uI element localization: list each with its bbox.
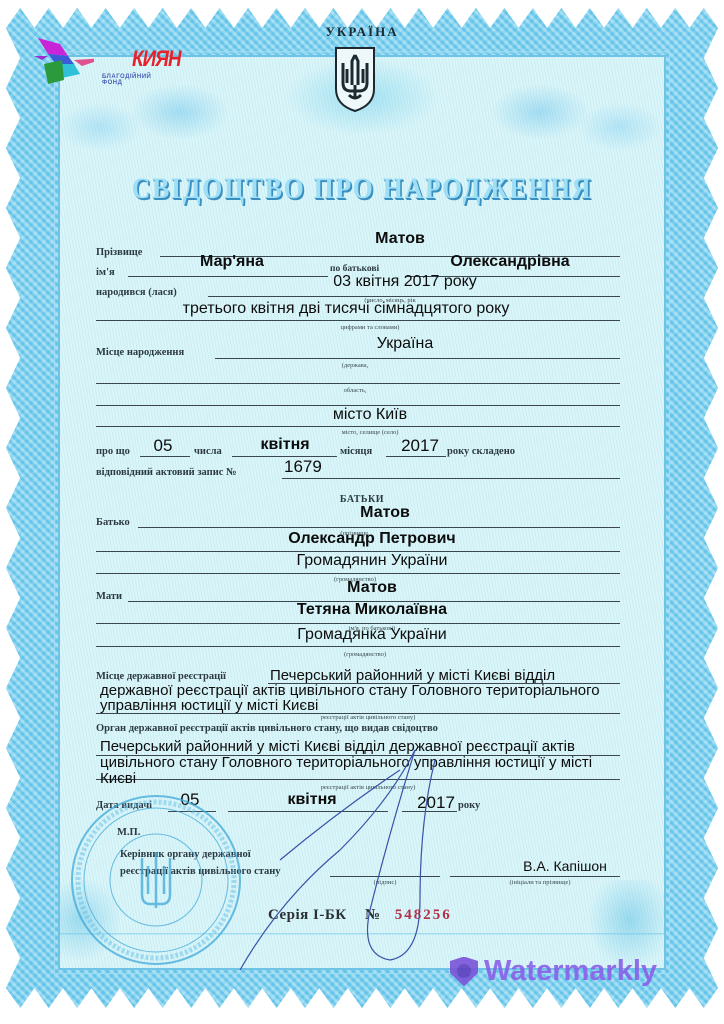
- kiyan-foundation-logo: КИЯН БЛАГОДІЙНИЙ ФОНД: [28, 32, 168, 90]
- father-citizenship-line: [96, 573, 620, 574]
- shield-icon: [450, 957, 478, 987]
- name-label: ім'я: [96, 267, 115, 278]
- act-record-label: відповідний актовий запис №: [96, 467, 237, 478]
- father-label: Батько: [96, 517, 130, 528]
- child-name: Мар'яна: [200, 253, 264, 271]
- child-patronymic: Олександрівна: [450, 253, 569, 271]
- record-month: квітня: [260, 436, 309, 454]
- birth-date-words: третього квітня дві тисячі сімнадцятого …: [183, 300, 510, 318]
- surname-label: Прізвище: [96, 247, 142, 258]
- region-line: [96, 383, 620, 384]
- official-seal-stamp-icon: [66, 790, 246, 970]
- watermark-text: Watermarkly: [484, 955, 657, 988]
- logo-name: КИЯН: [132, 46, 181, 72]
- country-hint: (держава,: [342, 362, 368, 369]
- handwritten-signature: [220, 740, 500, 990]
- born-label: народився (лася): [96, 287, 177, 298]
- birthplace-label: Місце народження: [96, 347, 184, 358]
- document-title: СВІДОЦТВО ПРО НАРОДЖЕННЯ: [51, 172, 674, 206]
- record-day: 05: [154, 436, 173, 456]
- record-day-label: числа: [194, 446, 222, 457]
- watermark: Watermarkly: [450, 955, 657, 988]
- issuer-label: Орган державної реєстрації актів цивільн…: [96, 723, 438, 734]
- mother-citizenship-line: [96, 646, 620, 647]
- city-line: [96, 426, 620, 427]
- father-surname: Матов: [360, 504, 410, 522]
- record-day-line: [140, 456, 190, 457]
- official-hint: (ініціали та прізвище): [510, 879, 571, 886]
- record-year: 2017: [401, 436, 439, 456]
- mother-label: Мати: [96, 591, 122, 602]
- region-hint: область,: [344, 387, 367, 394]
- name-line: [128, 276, 328, 277]
- mother-name: Тетяна Миколаївна: [297, 601, 447, 619]
- father-name: Олександр Петрович: [288, 530, 455, 548]
- registration-place-value: Печерський районний у місті Києві відділ…: [100, 668, 620, 713]
- record-month-label: місяця: [340, 446, 372, 457]
- record-year-label: року складено: [447, 446, 515, 457]
- mother-citizenship-hint: (громадянство): [344, 651, 386, 658]
- birth-country: Україна: [377, 335, 433, 353]
- logo-subtitle: БЛАГОДІЙНИЙ ФОНД: [102, 74, 168, 86]
- record-prefix-label: про що: [96, 446, 130, 457]
- country-line: [215, 358, 620, 359]
- birth-city: місто Київ: [333, 406, 407, 424]
- birth-date-words-hint: цифрами та словами): [341, 324, 400, 331]
- birth-certificate: КИЯН БЛАГОДІЙНИЙ ФОНД УКРАЇНА СВІДОЦТВО …: [0, 0, 724, 1024]
- official-name: В.А. Капішон: [523, 858, 607, 874]
- city-hint: місто, селище (село): [342, 429, 399, 436]
- country-heading: УКРАЇНА: [0, 24, 724, 40]
- father-citizenship: Громадянин України: [297, 552, 448, 570]
- registration-place-hint: реєстрації актів цивільного стану): [321, 714, 416, 721]
- act-record-number: 1679: [284, 457, 322, 477]
- child-surname: Матов: [375, 230, 425, 248]
- mother-citizenship: Громадянка України: [297, 626, 446, 644]
- birth-date-digits: 03 квітня 2017 року: [333, 273, 477, 291]
- record-year-line: [386, 456, 446, 457]
- act-record-line: [282, 478, 620, 479]
- trident-coat-of-arms-icon: [333, 45, 377, 113]
- mother-surname: Матов: [347, 579, 397, 597]
- bird-logo-icon: [34, 34, 94, 86]
- mother-name-line: [96, 623, 620, 624]
- father-surname-line: [138, 527, 620, 528]
- birth-date-words-line: [96, 320, 620, 321]
